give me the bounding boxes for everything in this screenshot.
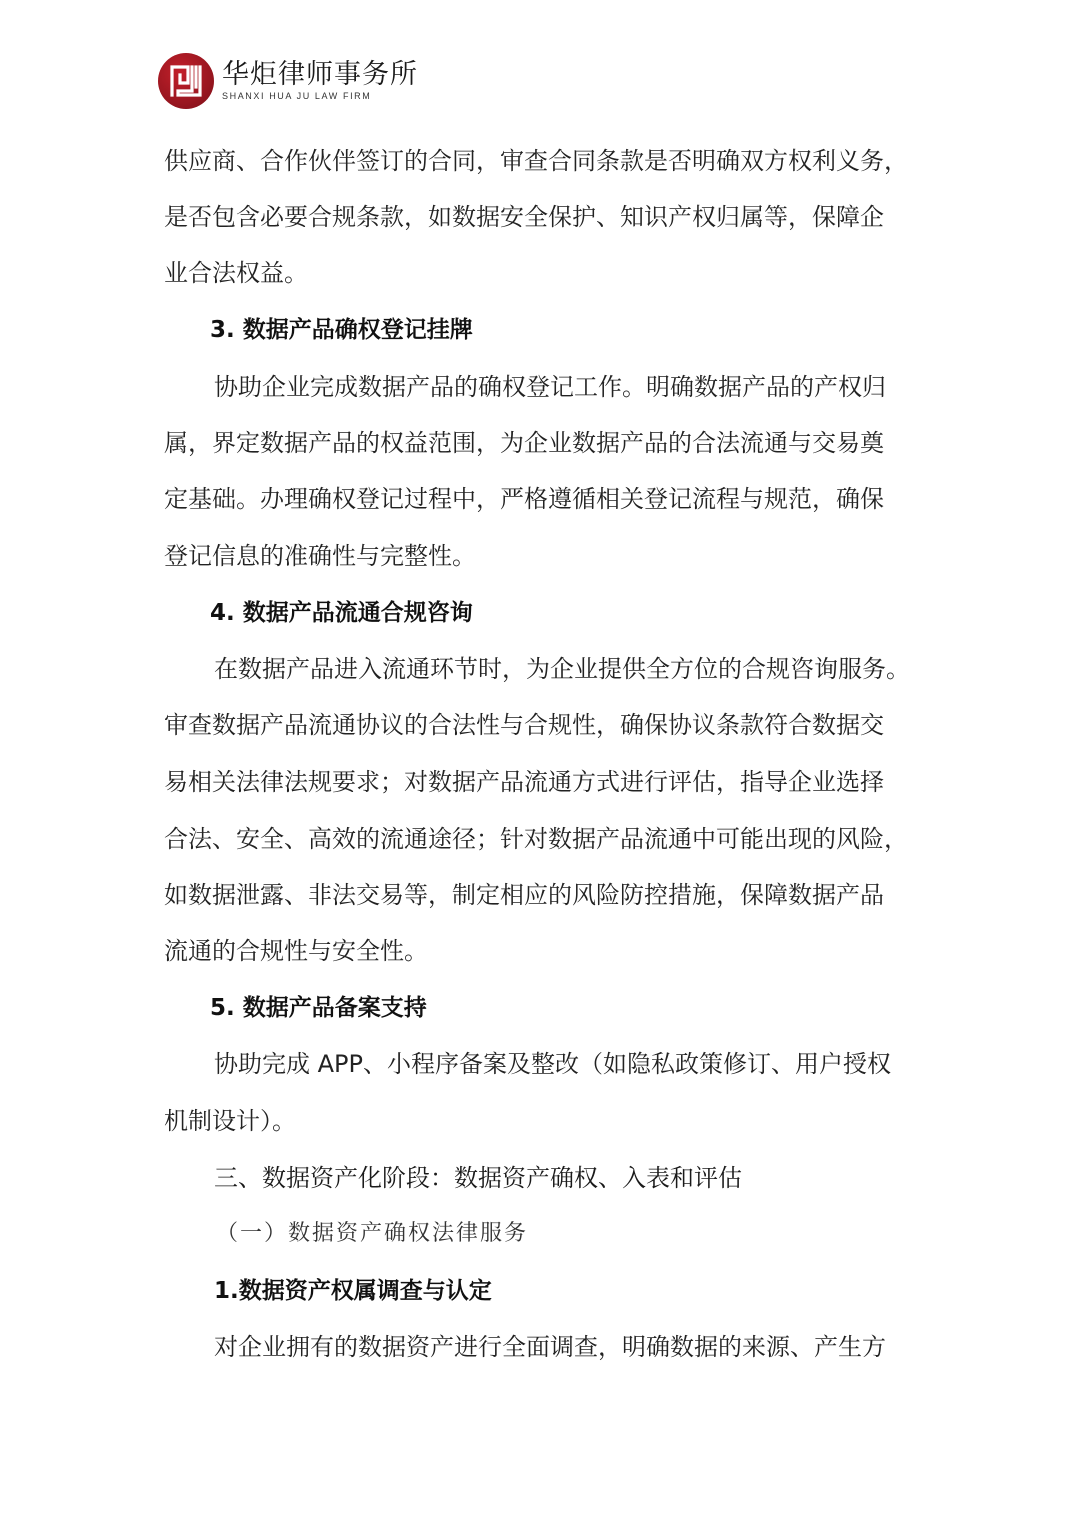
- section-3-title: 三、数据资产化阶段：数据资产确权、入表和评估: [214, 1158, 742, 1198]
- firm-name-en: SHANXI HUA JU LAW FIRM: [222, 91, 418, 102]
- subsection-1-title: （一）数据资产确权法律服务: [216, 1214, 528, 1254]
- paragraph-line: 机制设计）。: [164, 1101, 296, 1141]
- page-header: 华炬律师事务所 SHANXI HUA JU LAW FIRM: [158, 53, 418, 109]
- paragraph-line: 审查数据产品流通协议的合法性与合规性，确保协议条款符合数据交: [164, 705, 884, 745]
- paragraph-line: 协助完成 APP、小程序备案及整改（如隐私政策修订、用户授权: [214, 1044, 891, 1084]
- paragraph-line: 易相关法律法规要求；对数据产品流通方式进行评估，指导企业选择: [164, 762, 884, 802]
- item-5-heading: 5. 数据产品备案支持: [210, 988, 427, 1028]
- section-3-item-1-heading: 1.数据资产权属调查与认定: [214, 1271, 492, 1311]
- paragraph-line: 业合法权益。: [164, 253, 308, 293]
- paragraph-line: 在数据产品进入流通环节时，为企业提供全方位的合规咨询服务。: [214, 649, 910, 689]
- paragraph-line: 供应商、合作伙伴签订的合同，审查合同条款是否明确双方权利义务，: [164, 141, 908, 181]
- paragraph-line: 合法、安全、高效的流通途径；针对数据产品流通中可能出现的风险，: [164, 819, 908, 859]
- law-firm-logo-icon: [158, 53, 214, 109]
- paragraph-line: 流通的合规性与安全性。: [164, 931, 428, 971]
- logo-text: 华炬律师事务所 SHANXI HUA JU LAW FIRM: [222, 60, 418, 102]
- paragraph-line: 协助企业完成数据产品的确权登记工作。明确数据产品的产权归: [214, 367, 886, 407]
- paragraph-line: 对企业拥有的数据资产进行全面调查，明确数据的来源、产生方: [214, 1327, 886, 1367]
- firm-name-cn: 华炬律师事务所: [222, 60, 418, 90]
- paragraph-line: 登记信息的准确性与完整性。: [164, 536, 476, 576]
- paragraph-line: 是否包含必要合规条款，如数据安全保护、知识产权归属等，保障企: [164, 197, 884, 237]
- paragraph-line: 定基础。办理确权登记过程中，严格遵循相关登记流程与规范，确保: [164, 479, 884, 519]
- item-4-heading: 4. 数据产品流通合规咨询: [210, 593, 473, 633]
- paragraph-line: 属，界定数据产品的权益范围，为企业数据产品的合法流通与交易奠: [164, 423, 884, 463]
- paragraph-line: 如数据泄露、非法交易等，制定相应的风险防控措施，保障数据产品: [164, 875, 884, 915]
- item-3-heading: 3. 数据产品确权登记挂牌: [210, 310, 473, 350]
